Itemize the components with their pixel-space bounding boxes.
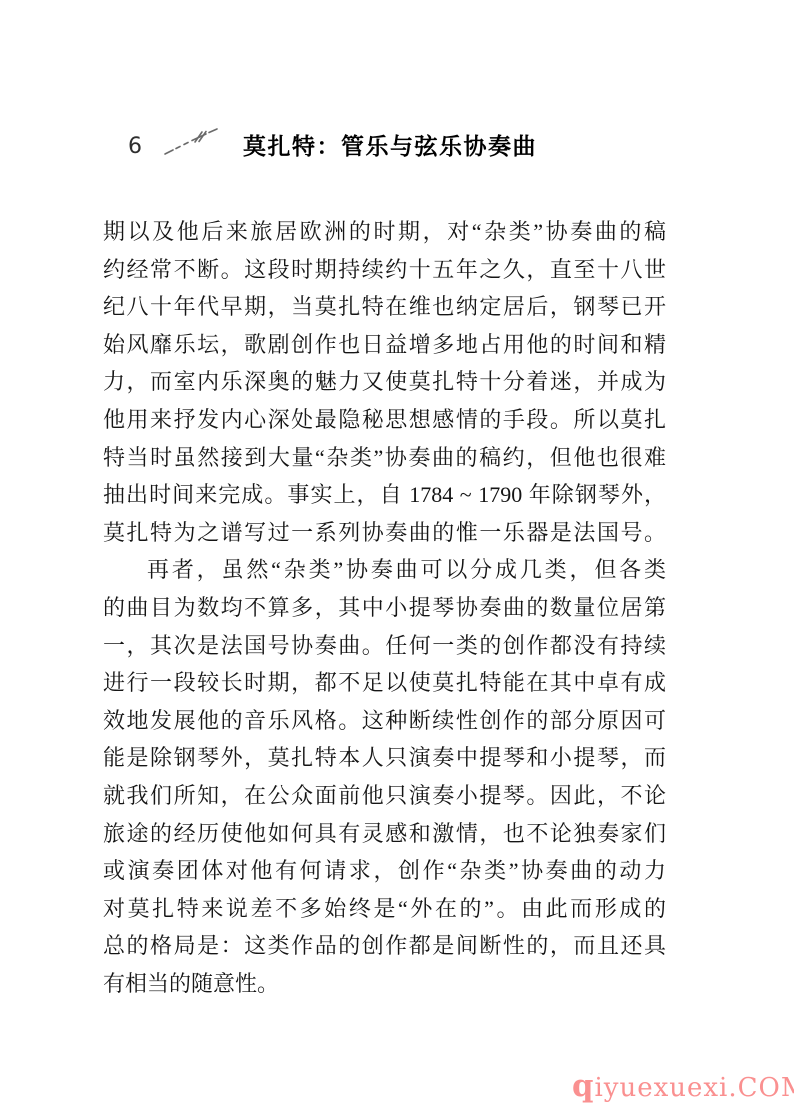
text-line: 一，其次是法国号协奏曲。任何一类的创作都没有持续 [103,627,666,665]
text-line: 他用来抒发内心深处最隐秘思想感情的手段。所以莫扎 [103,401,666,439]
text-line: 期以及他后来旅居欧洲的时期，对“杂类”协奏曲的稿 [103,213,666,251]
text-line: 进行一段较长时期，都不足以使莫扎特能在其中卓有成 [103,664,666,702]
text-line: 莫扎特为之谱写过一系列协奏曲的惟一乐器是法国号。 [103,514,666,552]
text-line: 抽出时间来完成。事实上，自 1784 ~ 1790 年除钢琴外， [103,476,666,514]
pen-flourish-icon [162,127,222,159]
text-line: 的曲目为数均不算多，其中小提琴协奏曲的数量位居第 [103,589,666,627]
text-line: 就我们所知，在公众面前他只演奏小提琴。因此，不论 [103,777,666,815]
text-line: 或演奏团体对他有何请求，创作“杂类”协奏曲的动力 [103,852,666,890]
running-head-title: 莫扎特：管乐与弦乐协奏曲 [243,132,537,162]
text-line: 力，而室内乐深奥的魅力又使莫扎特十分着迷，并成为 [103,363,666,401]
site-watermark: qiyuexuexi.COM [572,1068,787,1106]
text-line: 旅途的经历使他如何具有灵感和激情，也不论独奏家们 [103,815,666,853]
text-line-paragraph-start: 再者，虽然“杂类”协奏曲可以分成几类，但各类 [103,551,666,589]
text-line: 始风靡乐坛，歌剧创作也日益增多地占用他的时间和精 [103,326,666,364]
text-line: 总的格局是：这类作品的创作都是间断性的，而且还具 [103,927,666,965]
page-number: 6 [128,133,142,161]
text-line: 特当时虽然接到大量“杂类”协奏曲的稿约，但他也很难 [103,439,666,477]
text-line: 效地发展他的音乐风格。这种断续性创作的部分原因可 [103,702,666,740]
body-text: 期以及他后来旅居欧洲的时期，对“杂类”协奏曲的稿 约经常不断。这段时期持续约十五… [103,213,666,1002]
text-line: 纪八十年代早期，当莫扎特在维也纳定居后，钢琴已开 [103,288,666,326]
text-line: 对莫扎特来说差不多始终是“外在的”。由此而形成的 [103,890,666,928]
book-page-scan: 6 莫扎特：管乐与弦乐协奏曲 期以及他后来旅居欧洲的时期，对“杂类”协奏曲的稿 … [0,0,794,1120]
text-line: 约经常不断。这段时期持续约十五年之久，直至十八世 [103,251,666,289]
text-line: 能是除钢琴外，莫扎特本人只演奏中提琴和小提琴，而 [103,739,666,777]
text-line-paragraph-end: 有相当的随意性。 [103,965,666,1003]
